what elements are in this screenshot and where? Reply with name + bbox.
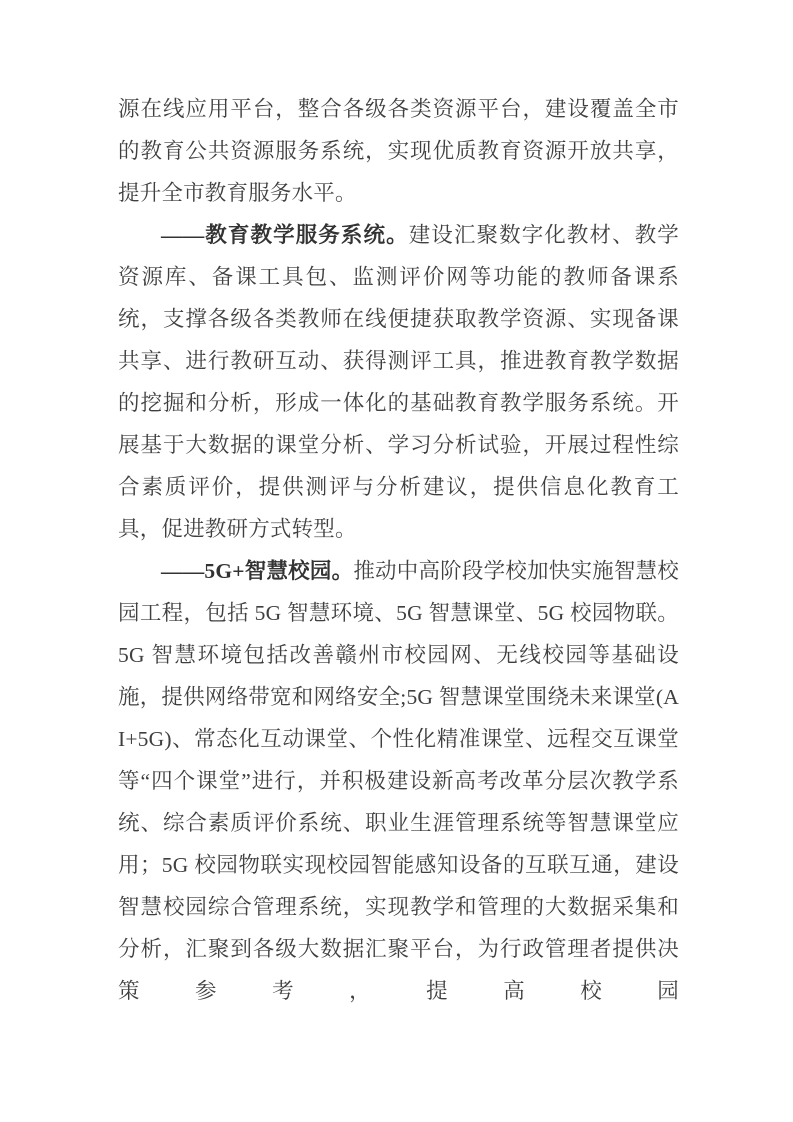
paragraph-lead-bold: ——5G+智慧校园。 [161,559,353,583]
text-run: 源在线应用平台，整合各级各类资源平台，建设覆盖全市的教育公共资源服务系统，实现优… [118,97,679,205]
paragraph: ——教育教学服务系统。建设汇聚数字化教材、教学资源库、备课工具包、监测评价网等功… [118,214,679,550]
text-run: 推动中高阶段学校加快实施智慧校园工程，包括 5G 智慧环境、5G 智慧课堂、5G… [118,559,679,1003]
text-run: 建设汇聚数字化教材、教学资源库、备课工具包、监测评价网等功能的教师备课系统，支撑… [118,223,679,541]
paragraph-lead-bold: ——教育教学服务系统。 [161,223,409,247]
document-body: 源在线应用平台，整合各级各类资源平台，建设覆盖全市的教育公共资源服务系统，实现优… [118,88,679,1012]
paragraph: 源在线应用平台，整合各级各类资源平台，建设覆盖全市的教育公共资源服务系统，实现优… [118,88,679,214]
paragraph: ——5G+智慧校园。推动中高阶段学校加快实施智慧校园工程，包括 5G 智慧环境、… [118,550,679,1012]
document-page: 源在线应用平台，整合各级各类资源平台，建设覆盖全市的教育公共资源服务系统，实现优… [0,0,793,1122]
